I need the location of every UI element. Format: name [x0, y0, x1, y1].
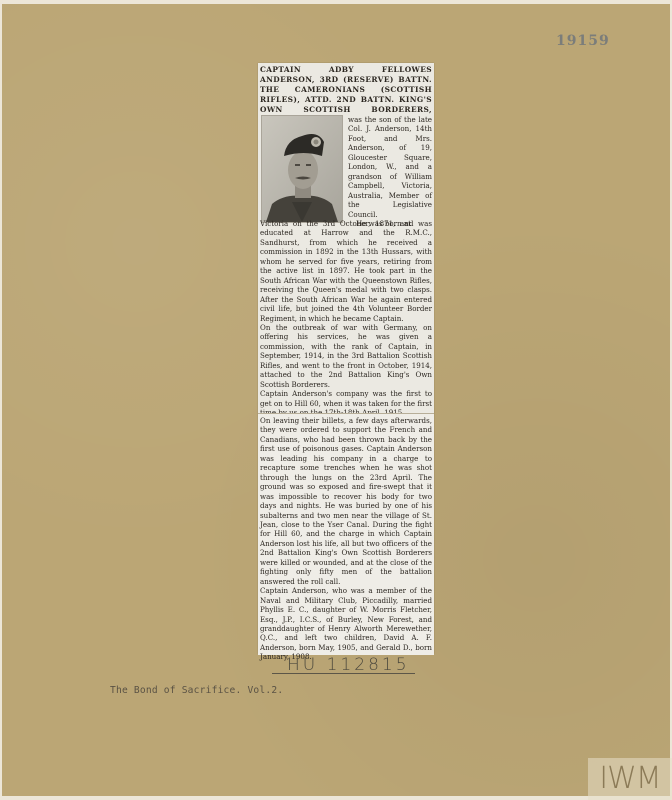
portrait-photo — [261, 115, 343, 223]
clipping-headline: Captain Adby Fellowes Anderson, 3rd (Res… — [260, 65, 432, 115]
body-paragraph: On the outbreak of war with Germany, on … — [260, 323, 432, 389]
clipping-part-1: Captain Adby Fellowes Anderson, 3rd (Res… — [258, 63, 434, 412]
accession-underline — [272, 673, 415, 674]
body-paragraph: Victoria on the 3rd October, 1871, and w… — [260, 219, 432, 323]
body-paragraph: On leaving their billets, a few days aft… — [260, 416, 432, 586]
body-paragraph: Captain Anderson, who was a member of th… — [260, 586, 432, 662]
clipping-body-part2: On leaving their billets, a few days aft… — [260, 416, 432, 662]
accession-number: HU 112815 — [287, 655, 410, 675]
source-caption: The Bond of Sacrifice. Vol.2. — [110, 685, 283, 696]
iwm-watermark: IWM — [588, 758, 672, 800]
side-paragraph: was the son of the late Col. J. Anderson… — [348, 115, 432, 219]
clipping-part-2: On leaving their billets, a few days aft… — [258, 413, 434, 655]
clipping-side-text: was the son of the late Col. J. Anderson… — [348, 115, 432, 228]
portrait-image — [262, 116, 342, 222]
clipping-body-part1: Victoria on the 3rd October, 1871, and w… — [260, 219, 432, 418]
newspaper-clipping: Captain Adby Fellowes Anderson, 3rd (Res… — [258, 63, 434, 654]
reference-number: 19159 — [556, 33, 610, 49]
